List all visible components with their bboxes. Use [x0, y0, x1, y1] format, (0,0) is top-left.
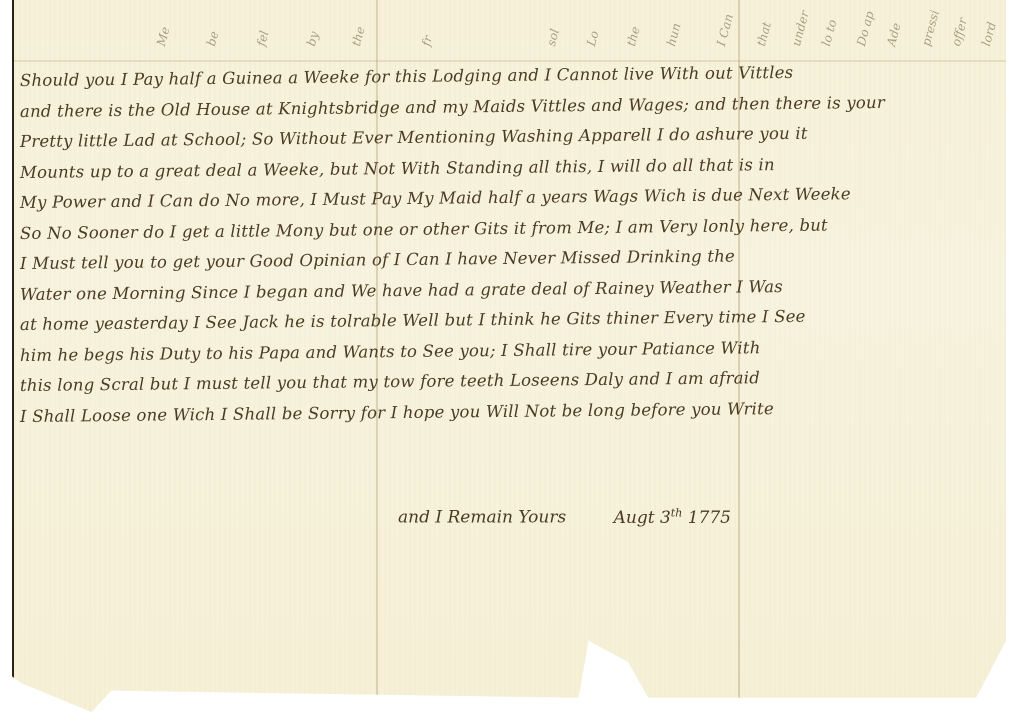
closing-salutation: and I Remain Yours — [398, 508, 566, 528]
letter-body: Should you I Pay half a Guinea a Weeke f… — [20, 66, 1000, 432]
ink-stain — [734, 700, 742, 708]
letter-closing: and I Remain Yours Augt 3th 1775 — [398, 506, 731, 528]
letter-date: Augt 3th 1775 — [614, 508, 731, 528]
bleed-through-text: Me be fel by the fr sol Lo the hun I Can… — [14, 0, 1006, 52]
